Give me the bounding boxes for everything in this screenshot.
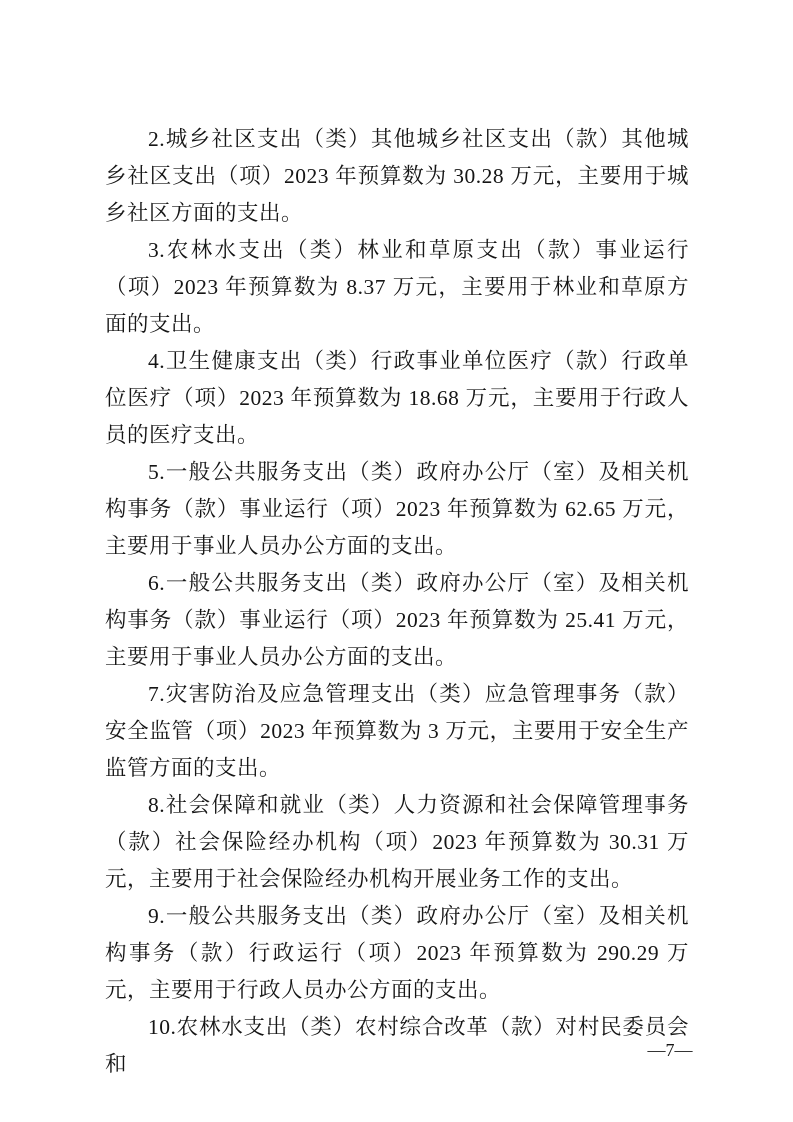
budget-paragraph-2: 2.城乡社区支出（类）其他城乡社区支出（款）其他城乡社区支出（项）2023 年预…	[105, 121, 689, 232]
budget-paragraph-8: 8.社会保障和就业（类）人力资源和社会保障管理事务（款）社会保险经办机构（项）2…	[105, 787, 689, 898]
budget-paragraph-10: 10.农林水支出（类）农村综合改革（款）对村民委员会和	[105, 1009, 689, 1083]
budget-paragraph-9: 9.一般公共服务支出（类）政府办公厅（室）及相关机构事务（款）行政运行（项）20…	[105, 898, 689, 1009]
budget-paragraph-4: 4.卫生健康支出（类）行政事业单位医疗（款）行政单位医疗（项）2023 年预算数…	[105, 343, 689, 454]
budget-paragraph-7: 7.灾害防治及应急管理支出（类）应急管理事务（款）安全监管（项）2023 年预算…	[105, 676, 689, 787]
document-page: 2.城乡社区支出（类）其他城乡社区支出（款）其他城乡社区支出（项）2023 年预…	[0, 0, 793, 1122]
page-number: —7—	[640, 1038, 700, 1062]
budget-paragraph-6: 6.一般公共服务支出（类）政府办公厅（室）及相关机构事务（款）事业运行（项）20…	[105, 565, 689, 676]
budget-paragraph-5: 5.一般公共服务支出（类）政府办公厅（室）及相关机构事务（款）事业运行（项）20…	[105, 454, 689, 565]
document-body: 2.城乡社区支出（类）其他城乡社区支出（款）其他城乡社区支出（项）2023 年预…	[105, 121, 689, 1083]
budget-paragraph-3: 3.农林水支出（类）林业和草原支出（款）事业运行（项）2023 年预算数为 8.…	[105, 232, 689, 343]
